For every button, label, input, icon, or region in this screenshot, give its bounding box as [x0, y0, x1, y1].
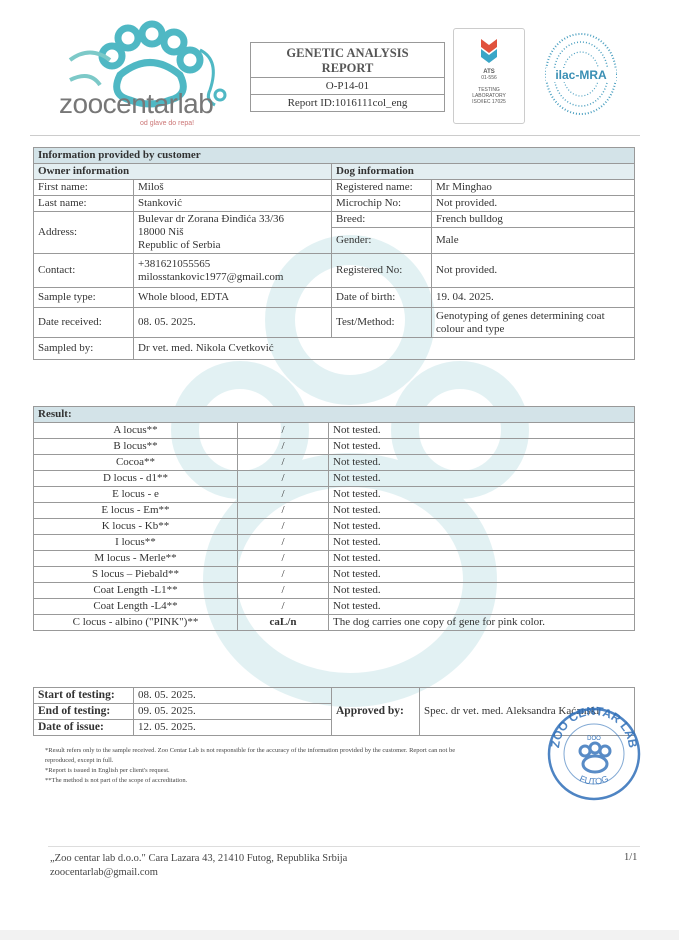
locus-name: Cocoa**	[34, 455, 238, 471]
label: Test/Method:	[332, 308, 432, 338]
label: Date of birth:	[332, 288, 432, 308]
ilac-mra-badge-icon: ilac-MRA	[544, 32, 618, 116]
label: Date received:	[34, 308, 134, 338]
footnotes: *Result refers only to the sample receiv…	[45, 746, 455, 786]
sample-type: Whole blood, EDTA	[134, 288, 332, 308]
locus-name: Coat Length -L1**	[34, 583, 238, 599]
ats-logo-icon	[477, 37, 501, 65]
genotype: /	[238, 423, 329, 439]
locus-name: M locus - Merle**	[34, 551, 238, 567]
date-of-issue: 12. 05. 2025.	[134, 720, 332, 736]
dog-microchip: Not provided.	[432, 196, 635, 212]
ats-accreditation-badge: ATS 01-556 TESTING LABORATORY ISO/IEC 17…	[453, 28, 525, 124]
lab-stamp-icon: ZOO CENTAR LAB DOO FUTOG	[545, 696, 643, 804]
locus-name: E locus - Em**	[34, 503, 238, 519]
label: Microchip No:	[332, 196, 432, 212]
label: Approved by:	[332, 688, 420, 736]
svg-text:FUTOG: FUTOG	[578, 773, 610, 786]
locus-name: C locus - albino ("PINK")**	[34, 615, 238, 631]
dog-breed: French bulldog	[432, 212, 635, 228]
page-number: 1/1	[624, 852, 637, 863]
report-title: GENETIC ANALYSIS REPORT	[251, 43, 444, 78]
label: Address:	[34, 212, 134, 254]
section-title-result: Result:	[34, 407, 635, 423]
result-table: Result: A locus**/Not tested.B locus**/N…	[33, 406, 635, 631]
footer-email: zoocentarlab@gmail.com	[50, 866, 347, 880]
locus-name: K locus - Kb**	[34, 519, 238, 535]
genotype: /	[238, 503, 329, 519]
customer-info-table: Information provided by customer Owner i…	[33, 147, 635, 360]
result-row: S locus – Piebald**/Not tested.	[34, 567, 635, 583]
interpretation: Not tested.	[329, 599, 635, 615]
result-row: Coat Length -L4**/Not tested.	[34, 599, 635, 615]
owner-first-name: Miloš	[134, 180, 332, 196]
owner-info-header: Owner information	[34, 164, 332, 180]
genotype: /	[238, 519, 329, 535]
result-row: Coat Length -L1**/Not tested.	[34, 583, 635, 599]
interpretation: Not tested.	[329, 519, 635, 535]
locus-name: S locus – Piebald**	[34, 567, 238, 583]
locus-name: A locus**	[34, 423, 238, 439]
footer-address: „Zoo centar lab d.o.o." Cara Lazara 43, …	[50, 852, 347, 866]
result-row: I locus**/Not tested.	[34, 535, 635, 551]
label: Breed:	[332, 212, 432, 228]
result-row: C locus - albino ("PINK")**caL/nThe dog …	[34, 615, 635, 631]
dog-gender: Male	[432, 228, 635, 254]
genotype: /	[238, 567, 329, 583]
label: Gender:	[332, 228, 432, 254]
genotype: /	[238, 455, 329, 471]
genotype: /	[238, 599, 329, 615]
genotype: /	[238, 535, 329, 551]
interpretation: Not tested.	[329, 471, 635, 487]
sampled-by: Dr vet. med. Nikola Cvetković	[134, 338, 635, 360]
result-row: M locus - Merle**/Not tested.	[34, 551, 635, 567]
header-divider	[30, 135, 640, 136]
owner-address: Bulevar dr Zorana Đinđića 33/36 18000 Ni…	[134, 212, 332, 254]
genotype: /	[238, 551, 329, 567]
interpretation: Not tested.	[329, 567, 635, 583]
result-row: E locus - Em**/Not tested.	[34, 503, 635, 519]
date-received: 08. 05. 2025.	[134, 308, 332, 338]
genotype: /	[238, 439, 329, 455]
genotype: /	[238, 471, 329, 487]
locus-name: Coat Length -L4**	[34, 599, 238, 615]
result-row: D locus - d1**/Not tested.	[34, 471, 635, 487]
result-row: K locus - Kb**/Not tested.	[34, 519, 635, 535]
label: Last name:	[34, 196, 134, 212]
result-row: E locus - e/Not tested.	[34, 487, 635, 503]
label: Registered name:	[332, 180, 432, 196]
interpretation: Not tested.	[329, 503, 635, 519]
locus-name: E locus - e	[34, 487, 238, 503]
label: Start of testing:	[34, 688, 134, 704]
dog-date-of-birth: 19. 04. 2025.	[432, 288, 635, 308]
genotype: caL/n	[238, 615, 329, 631]
svg-text:DOO: DOO	[587, 736, 601, 742]
locus-name: I locus**	[34, 535, 238, 551]
label: First name:	[34, 180, 134, 196]
dog-info-header: Dog information	[332, 164, 635, 180]
label: Date of issue:	[34, 720, 134, 736]
interpretation: Not tested.	[329, 583, 635, 599]
logo-wordmark: zoocentarlab	[59, 88, 213, 120]
genotype: /	[238, 487, 329, 503]
interpretation: Not tested.	[329, 551, 635, 567]
form-code: O-P14-01	[251, 78, 444, 95]
report-id: Report ID:1016111col_eng	[251, 95, 444, 111]
test-method: Genotyping of genes determining coat col…	[432, 308, 635, 338]
report-title-box: GENETIC ANALYSIS REPORT O-P14-01 Report …	[250, 42, 445, 112]
section-title-customer-info: Information provided by customer	[34, 148, 635, 164]
label: Sample type:	[34, 288, 134, 308]
genotype: /	[238, 583, 329, 599]
interpretation: The dog carries one copy of gene for pin…	[329, 615, 635, 631]
svg-text:ilac-MRA: ilac-MRA	[555, 68, 607, 82]
label: Contact:	[34, 254, 134, 288]
interpretation: Not tested.	[329, 535, 635, 551]
interpretation: Not tested.	[329, 423, 635, 439]
report-page: zoocentarlab od glave do repa! GENETIC A…	[0, 0, 679, 930]
dog-registered-name: Mr Minghao	[432, 180, 635, 196]
result-row: B locus**/Not tested.	[34, 439, 635, 455]
start-of-testing: 08. 05. 2025.	[134, 688, 332, 704]
interpretation: Not tested.	[329, 455, 635, 471]
dog-registered-no: Not provided.	[432, 254, 635, 288]
label: Registered No:	[332, 254, 432, 288]
footer: „Zoo centar lab d.o.o." Cara Lazara 43, …	[50, 852, 347, 880]
logo-tagline: od glave do repa!	[140, 120, 194, 127]
label: End of testing:	[34, 704, 134, 720]
label: Sampled by:	[34, 338, 134, 360]
result-row: Cocoa**/Not tested.	[34, 455, 635, 471]
locus-name: B locus**	[34, 439, 238, 455]
interpretation: Not tested.	[329, 439, 635, 455]
owner-contact: +381621055565 milosstankovic1977@gmail.c…	[134, 254, 332, 288]
result-row: A locus**/Not tested.	[34, 423, 635, 439]
footer-divider	[48, 846, 640, 847]
end-of-testing: 09. 05. 2025.	[134, 704, 332, 720]
locus-name: D locus - d1**	[34, 471, 238, 487]
owner-last-name: Stanković	[134, 196, 332, 212]
interpretation: Not tested.	[329, 487, 635, 503]
